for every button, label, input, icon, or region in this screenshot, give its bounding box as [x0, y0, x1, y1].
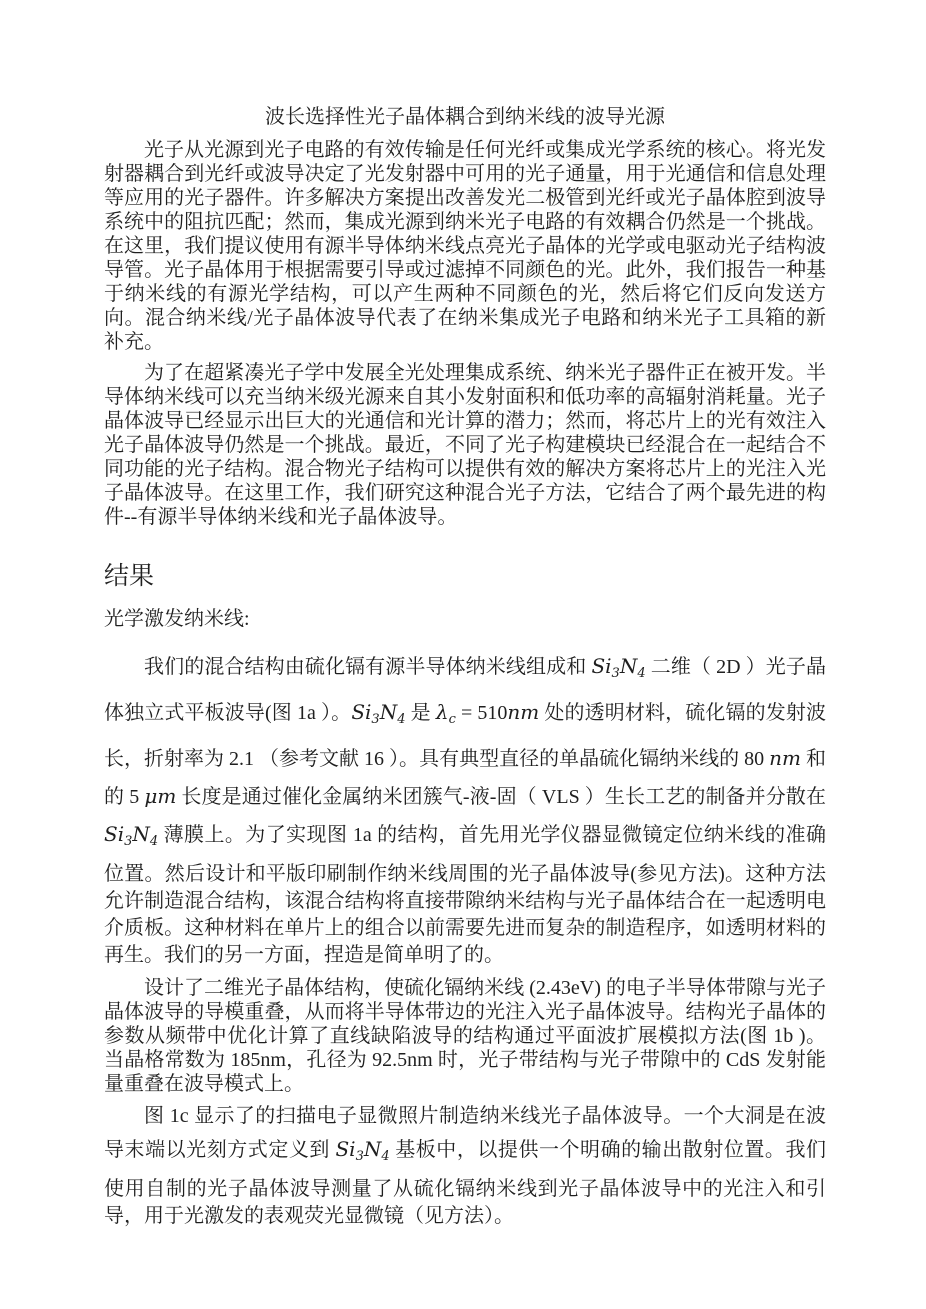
text-run: 设计了二维光子晶体结构，使硫化镉纳米线 (2.43eV) 的电子半导体带隙与光子… [104, 977, 826, 1095]
math-run: N [132, 822, 150, 846]
math-subscript: 4 [150, 834, 158, 849]
paragraph: 图 1c 显示了的扫描电子显微照片制造纳米线光子晶体波导。一个大洞是在波导末端以… [104, 1103, 826, 1230]
math-subscript: 3 [371, 712, 379, 727]
document-page: 波长选择性光子晶体耦合到纳米线的波导光源 光子从光源到光子电路的有效传输是任何光… [0, 0, 926, 1309]
text-run: = 510 [456, 702, 508, 724]
document-title: 波长选择性光子晶体耦合到纳米线的波导光源 [104, 104, 826, 130]
math-subscript: 3 [612, 666, 620, 681]
text-run: 长度是通过催化金属纳米团簇气-液-固（ VLS ）生长工艺的制备并分散在 [176, 786, 826, 808]
math-run: Si [351, 700, 371, 724]
text-run: 我们的混合结构由硫化镉有源半导体纳米线组成和 [144, 656, 591, 678]
math-subscript: 4 [381, 1149, 389, 1164]
math-subscript: 4 [637, 666, 645, 681]
math-run: Si [104, 822, 124, 846]
math-subscript: 3 [356, 1149, 364, 1164]
math-subscript: c [449, 712, 456, 727]
text-run: 是 [405, 702, 435, 724]
section-heading: 结果 [104, 561, 826, 593]
document-body: 光子从光源到光子电路的有效传输是任何光纤或集成光学系统的核心。将光发射器耦合到光… [104, 138, 826, 1230]
math-run: nm [769, 746, 801, 770]
math-run: Si [335, 1137, 355, 1161]
math-run: Si [591, 654, 611, 678]
subsection-heading: 光学激发纳米线: [104, 607, 826, 631]
text-run: 薄膜上。为了实现图 1a 的结构，首先用光学仪器显微镜定位纳米线的准确位置。然后… [104, 824, 826, 966]
paragraph: 为了在超紧凑光子学中发展全光处理集成系统、纳米光子器件正在被开发。半导体纳米线可… [104, 361, 826, 529]
math-run: N [364, 1137, 382, 1161]
math-run: nm [507, 700, 539, 724]
paragraph: 光子从光源到光子电路的有效传输是任何光纤或集成光学系统的核心。将光发射器耦合到光… [104, 138, 826, 354]
math-run: μm [144, 784, 176, 808]
paragraph: 设计了二维光子晶体结构，使硫化镉纳米线 (2.43eV) 的电子半导体带隙与光子… [104, 976, 826, 1096]
paragraph: 我们的混合结构由硫化镉有源半导体纳米线组成和 Si3N4 二维（ 2D ）光子晶… [104, 647, 826, 969]
math-run: N [380, 700, 398, 724]
text-run: 光子从光源到光子电路的有效传输是任何光纤或集成光学系统的核心。将光发射器耦合到光… [104, 139, 826, 353]
math-run: N [620, 654, 638, 678]
text-run: 为了在超紧凑光子学中发展全光处理集成系统、纳米光子器件正在被开发。半导体纳米线可… [104, 362, 826, 528]
math-run: λ [436, 700, 449, 724]
